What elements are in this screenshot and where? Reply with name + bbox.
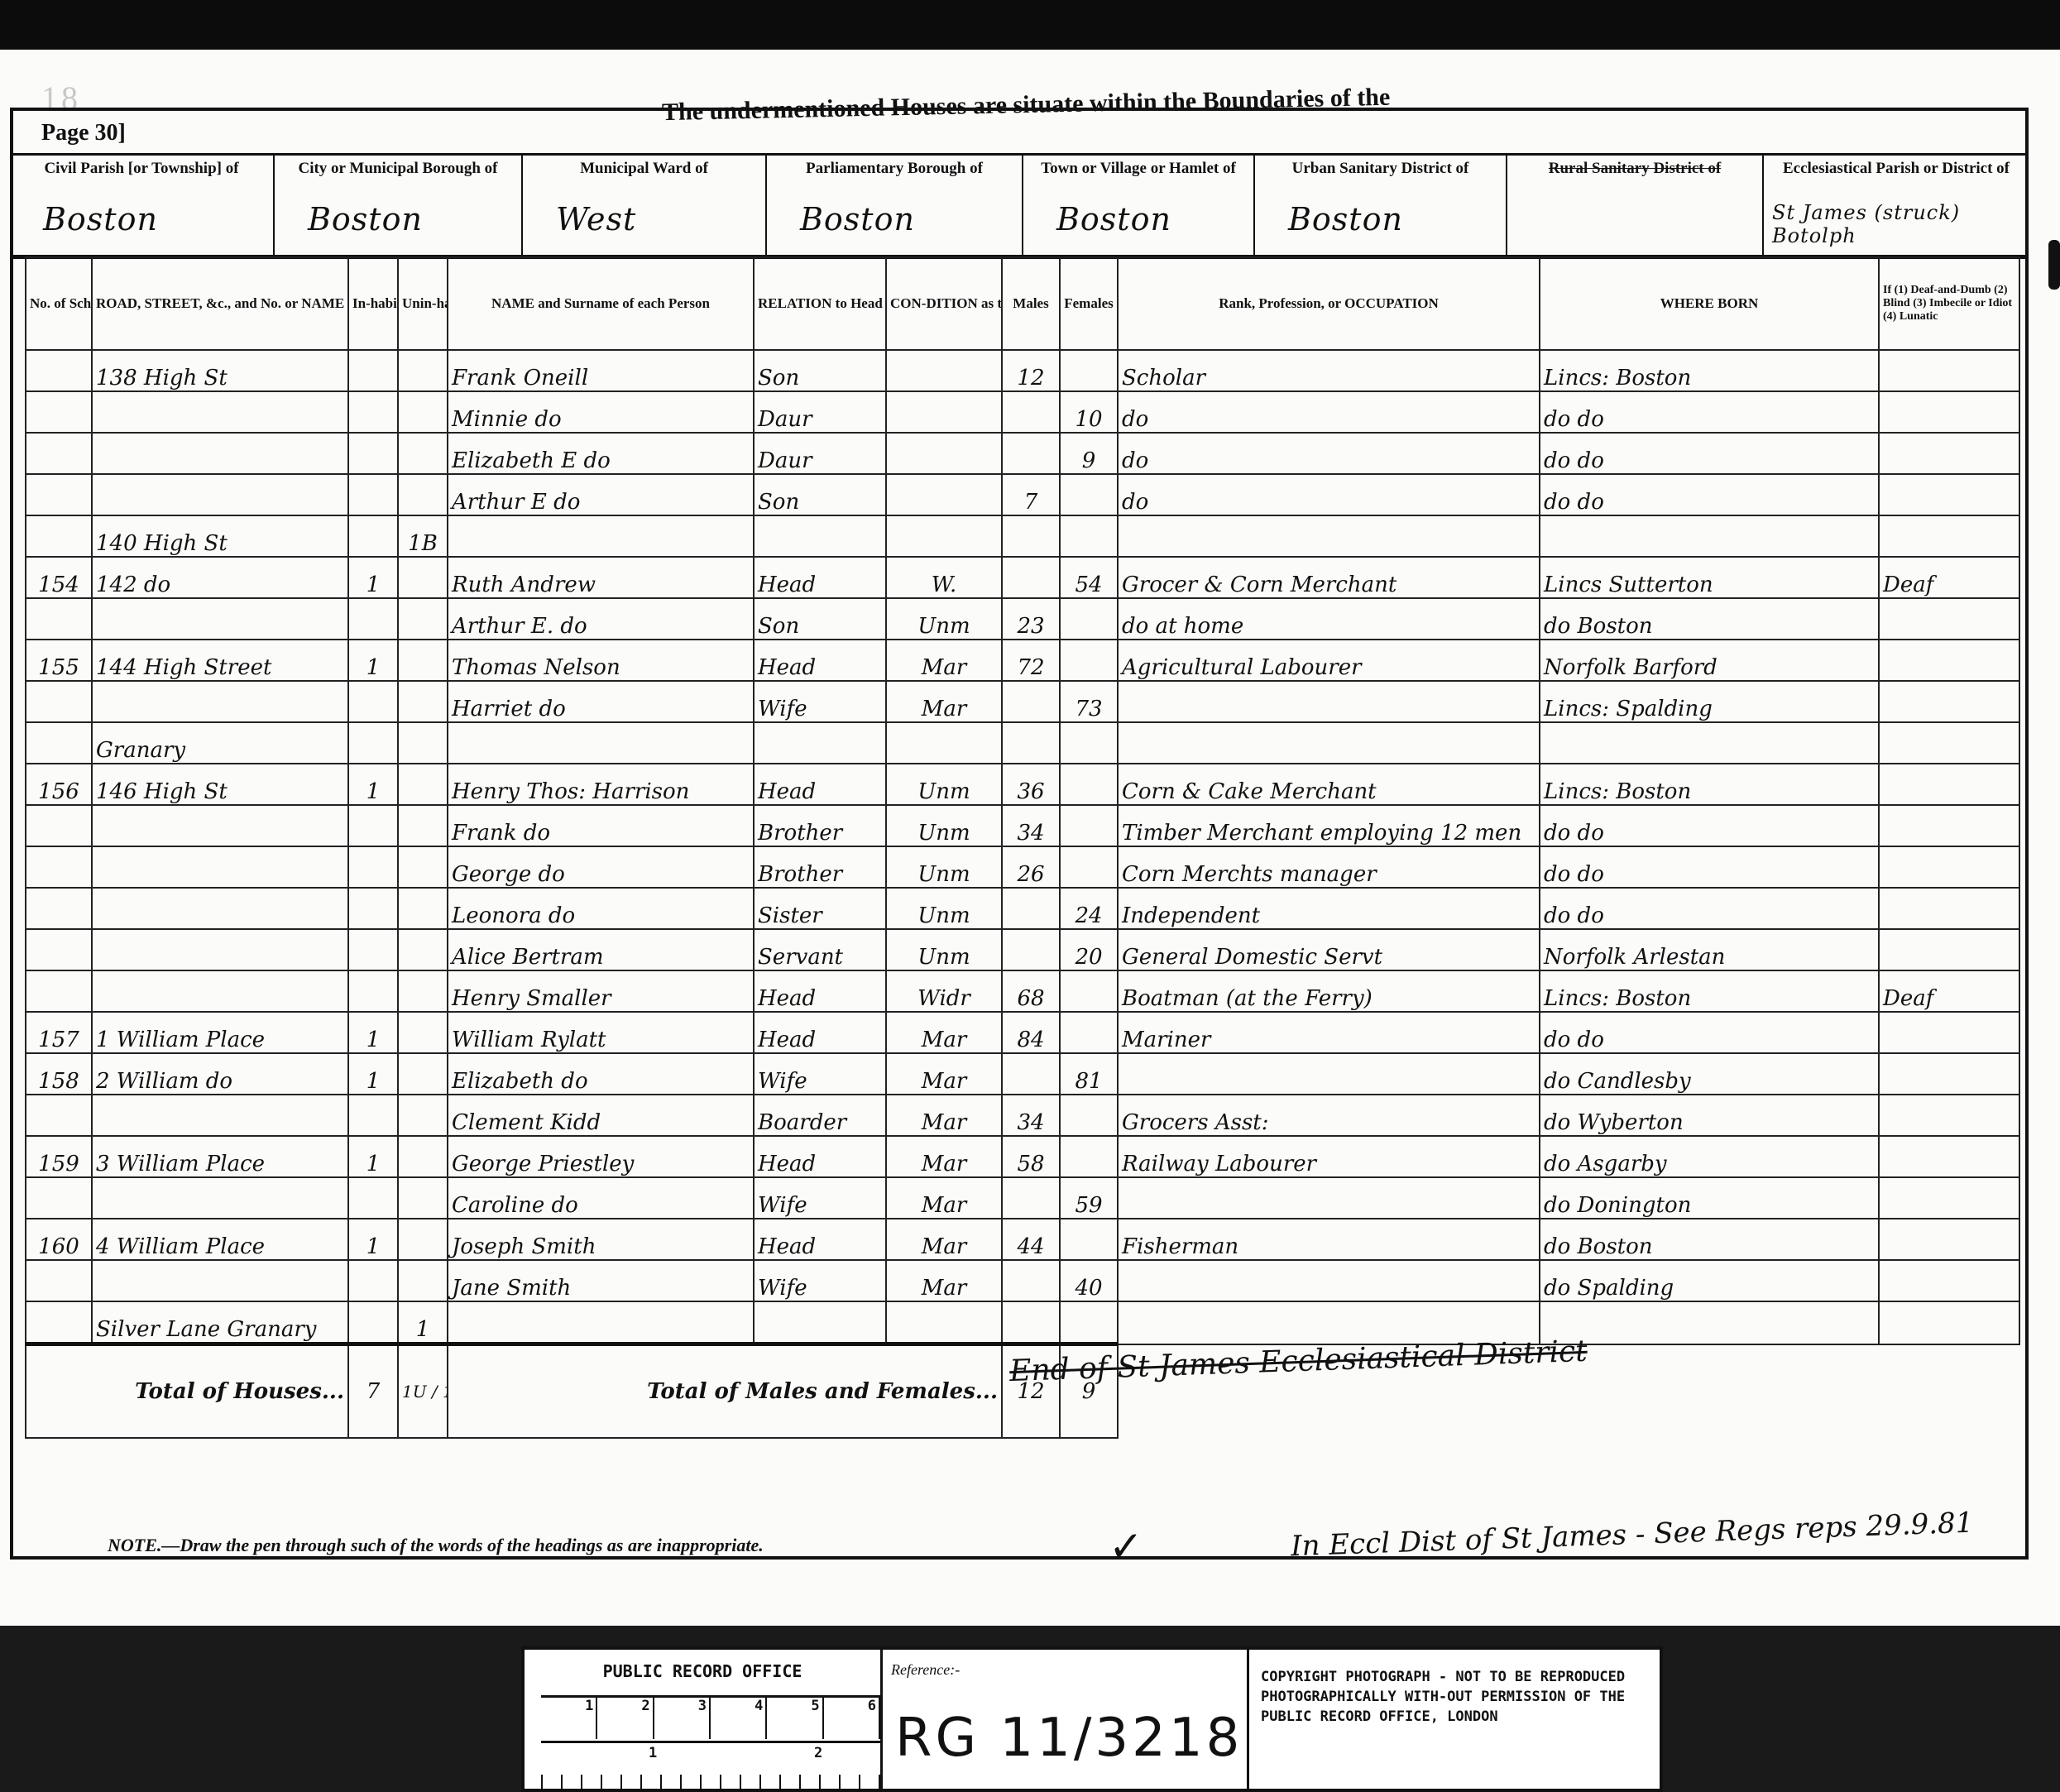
house-address: 1 William Place — [92, 1012, 348, 1053]
occupation: Corn Merchts manager — [1118, 846, 1540, 888]
occupation — [1118, 1177, 1540, 1219]
rural-sanitary-field: Rural Sanitary District of — [1507, 156, 1764, 255]
marital-condition: Widr — [886, 970, 1002, 1012]
houses-inhabited — [348, 433, 398, 474]
age-female: 40 — [1060, 1260, 1118, 1301]
civil-parish-value: Boston — [43, 201, 158, 237]
table-row: Clement KiddBoarderMar34Grocers Asst:do … — [26, 1095, 2019, 1136]
occupation — [1118, 515, 1540, 557]
occupation: General Domestic Servt — [1118, 929, 1540, 970]
age-female — [1060, 1095, 1118, 1136]
occupation: Grocers Asst: — [1118, 1095, 1540, 1136]
occupation: Scholar — [1118, 350, 1540, 391]
ecclesiastical-parish-value: St James (struck) Botolph — [1772, 201, 2029, 247]
house-address: Granary — [92, 722, 348, 764]
parliamentary-borough-field: Parliamentary Borough of Boston — [767, 156, 1023, 255]
age-male — [1002, 929, 1060, 970]
marital-condition: Mar — [886, 1177, 1002, 1219]
birthplace: do Candlesby — [1540, 1053, 1879, 1095]
birthplace: do do — [1540, 846, 1879, 888]
houses-uninhabited — [398, 1095, 448, 1136]
age-male: 72 — [1002, 640, 1060, 681]
census-rows: 138 High StFrank OneillSon12ScholarLincs… — [26, 350, 2019, 1344]
age-female: 9 — [1060, 433, 1118, 474]
occupation: Grocer & Corn Merchant — [1118, 557, 1540, 598]
infirmity: Deaf — [1879, 970, 2019, 1012]
schedule-number — [26, 722, 92, 764]
age-female — [1060, 1301, 1118, 1344]
occupation: Agricultural Labourer — [1118, 640, 1540, 681]
person-name: Harriet do — [448, 681, 754, 722]
marital-condition: Mar — [886, 1219, 1002, 1260]
houses-inhabited — [348, 1095, 398, 1136]
occupation: Fisherman — [1118, 1219, 1540, 1260]
table-row: 1604 William Place1Joseph SmithHeadMar44… — [26, 1219, 2019, 1260]
age-male — [1002, 1301, 1060, 1344]
occupation — [1118, 1053, 1540, 1095]
infirmity — [1879, 1219, 2019, 1260]
age-male — [1002, 888, 1060, 929]
person-name: Henry Smaller — [448, 970, 754, 1012]
occupation: do at home — [1118, 598, 1540, 640]
house-address: 146 High St — [92, 764, 348, 805]
relation-to-head: Head — [754, 1136, 886, 1177]
occupation: Railway Labourer — [1118, 1136, 1540, 1177]
infirmity — [1879, 681, 2019, 722]
table-row: 1582 William do1Elizabeth doWifeMar81do … — [26, 1053, 2019, 1095]
relation-to-head: Brother — [754, 805, 886, 846]
house-address — [92, 805, 348, 846]
marital-condition: Unm — [886, 929, 1002, 970]
age-female — [1060, 764, 1118, 805]
occupation: do — [1118, 391, 1540, 433]
birthplace: Lincs: Boston — [1540, 970, 1879, 1012]
age-female: 10 — [1060, 391, 1118, 433]
relation-to-head: Daur — [754, 433, 886, 474]
infirmity — [1879, 1053, 2019, 1095]
houses-uninhabited — [398, 722, 448, 764]
person-name: Arthur E do — [448, 474, 754, 515]
person-name: William Rylatt — [448, 1012, 754, 1053]
age-male: 36 — [1002, 764, 1060, 805]
age-male: 58 — [1002, 1136, 1060, 1177]
person-name: Arthur E. do — [448, 598, 754, 640]
houses-inhabited — [348, 805, 398, 846]
schedule-number — [26, 888, 92, 929]
relation-to-head: Head — [754, 557, 886, 598]
age-female — [1060, 970, 1118, 1012]
houses-inhabited — [348, 515, 398, 557]
age-male — [1002, 681, 1060, 722]
birthplace: Lincs: Boston — [1540, 764, 1879, 805]
occupation — [1118, 722, 1540, 764]
house-address — [92, 888, 348, 929]
municipal-borough-value: Boston — [308, 201, 423, 237]
houses-uninhabited — [398, 1177, 448, 1219]
schedule-number — [26, 1301, 92, 1344]
house-address — [92, 598, 348, 640]
col-infirmity: If (1) Deaf-and-Dumb (2) Blind (3) Imbec… — [1879, 257, 2019, 350]
age-male: 23 — [1002, 598, 1060, 640]
relation-to-head — [754, 515, 886, 557]
relation-to-head: Head — [754, 1219, 886, 1260]
infirmity — [1879, 1301, 2019, 1344]
person-name: Elizabeth E do — [448, 433, 754, 474]
person-name: Henry Thos: Harrison — [448, 764, 754, 805]
infirmity — [1879, 846, 2019, 888]
schedule-number: 159 — [26, 1136, 92, 1177]
table-row: Arthur E doSon7dodo do — [26, 474, 2019, 515]
house-address — [92, 846, 348, 888]
occupation: Corn & Cake Merchant — [1118, 764, 1540, 805]
infirmity: Deaf — [1879, 557, 2019, 598]
marital-condition: Mar — [886, 640, 1002, 681]
total-houses-label: Total of Houses... — [26, 1344, 348, 1439]
marital-condition: Mar — [886, 1053, 1002, 1095]
table-row: Frank doBrotherUnm34Timber Merchant empl… — [26, 805, 2019, 846]
schedule-number — [26, 350, 92, 391]
houses-inhabited — [348, 681, 398, 722]
marital-condition: Mar — [886, 1095, 1002, 1136]
person-name: George Priestley — [448, 1136, 754, 1177]
administrative-header: Civil Parish [or Township] of Boston Cit… — [10, 153, 2029, 259]
age-male — [1002, 1260, 1060, 1301]
col-age-males: Males — [1002, 257, 1060, 350]
birthplace: do do — [1540, 391, 1879, 433]
age-female — [1060, 722, 1118, 764]
houses-inhabited — [348, 350, 398, 391]
person-name — [448, 515, 754, 557]
houses-uninhabited — [398, 929, 448, 970]
birthplace: do Boston — [1540, 598, 1879, 640]
birthplace: do Boston — [1540, 1219, 1879, 1260]
table-row: 154142 do1Ruth AndrewHeadW.54Grocer & Co… — [26, 557, 2019, 598]
total-houses-inhabited: 7 — [348, 1344, 398, 1439]
marital-condition — [886, 515, 1002, 557]
urban-sanitary-value: Boston — [1288, 201, 1403, 237]
urban-sanitary-field: Urban Sanitary District of Boston — [1255, 156, 1507, 255]
pro-title: PUBLIC RECORD OFFICE — [525, 1650, 880, 1681]
schedule-number: 157 — [26, 1012, 92, 1053]
age-male — [1002, 391, 1060, 433]
table-row: 156146 High St1Henry Thos: HarrisonHeadU… — [26, 764, 2019, 805]
schedule-number: 155 — [26, 640, 92, 681]
houses-inhabited — [348, 970, 398, 1012]
age-female: 81 — [1060, 1053, 1118, 1095]
marital-condition — [886, 474, 1002, 515]
house-address — [92, 433, 348, 474]
age-male — [1002, 1177, 1060, 1219]
infirmity — [1879, 515, 2019, 557]
age-female — [1060, 598, 1118, 640]
marital-condition: Unm — [886, 888, 1002, 929]
houses-inhabited: 1 — [348, 764, 398, 805]
age-male — [1002, 1053, 1060, 1095]
houses-uninhabited — [398, 1219, 448, 1260]
infirmity — [1879, 722, 2019, 764]
marital-condition — [886, 391, 1002, 433]
relation-to-head: Head — [754, 640, 886, 681]
age-female — [1060, 350, 1118, 391]
marital-condition — [886, 722, 1002, 764]
infirmity — [1879, 888, 2019, 929]
age-male — [1002, 515, 1060, 557]
column-header-row: No. of Schedule ROAD, STREET, &c., and N… — [26, 257, 2019, 350]
birthplace: do do — [1540, 888, 1879, 929]
birthplace: do Wyberton — [1540, 1095, 1879, 1136]
houses-uninhabited — [398, 1012, 448, 1053]
houses-inhabited: 1 — [348, 1053, 398, 1095]
marital-condition: Unm — [886, 598, 1002, 640]
infirmity — [1879, 433, 2019, 474]
birthplace: Lincs: Boston — [1540, 350, 1879, 391]
house-address: 2 William do — [92, 1053, 348, 1095]
schedule-number — [26, 515, 92, 557]
relation-to-head: Wife — [754, 1053, 886, 1095]
house-address — [92, 1177, 348, 1219]
person-name: Clement Kidd — [448, 1095, 754, 1136]
houses-uninhabited — [398, 1136, 448, 1177]
copyright-notice: COPYRIGHT PHOTOGRAPH - NOT TO BE REPRODU… — [1249, 1650, 1660, 1789]
house-address — [92, 1260, 348, 1301]
house-address — [92, 1095, 348, 1136]
houses-inhabited — [348, 1177, 398, 1219]
table-row: 138 High StFrank OneillSon12ScholarLincs… — [26, 350, 2019, 391]
schedule-number: 156 — [26, 764, 92, 805]
table-row: Silver Lane Granary1 — [26, 1301, 2019, 1344]
schedule-number — [26, 1095, 92, 1136]
municipal-ward-value: West — [556, 201, 636, 237]
age-female — [1060, 1012, 1118, 1053]
table-row: Caroline doWifeMar59do Donington — [26, 1177, 2019, 1219]
birthplace: Lincs Sutterton — [1540, 557, 1879, 598]
infirmity — [1879, 1260, 2019, 1301]
birthplace: Norfolk Arlestan — [1540, 929, 1879, 970]
marital-condition: Unm — [886, 805, 1002, 846]
col-age-females: Females — [1060, 257, 1118, 350]
schedule-number — [26, 970, 92, 1012]
relation-to-head: Boarder — [754, 1095, 886, 1136]
houses-inhabited — [348, 391, 398, 433]
houses-uninhabited — [398, 888, 448, 929]
infirmity — [1879, 474, 2019, 515]
infirmity — [1879, 1095, 2019, 1136]
house-address: Silver Lane Granary — [92, 1301, 348, 1344]
scale-ruler-bottom: 1 2 — [541, 1741, 880, 1792]
marital-condition: Unm — [886, 846, 1002, 888]
house-address — [92, 391, 348, 433]
houses-inhabited: 1 — [348, 557, 398, 598]
birthplace: do Spalding — [1540, 1260, 1879, 1301]
schedule-number — [26, 681, 92, 722]
person-name: Thomas Nelson — [448, 640, 754, 681]
scan-edge-mark — [2048, 240, 2060, 290]
age-male: 68 — [1002, 970, 1060, 1012]
col-where-born: WHERE BORN — [1540, 257, 1879, 350]
houses-uninhabited: 1 — [398, 1301, 448, 1344]
infirmity — [1879, 1136, 2019, 1177]
houses-uninhabited — [398, 1053, 448, 1095]
table-row: Alice BertramServantUnm20General Domesti… — [26, 929, 2019, 970]
person-name: Caroline do — [448, 1177, 754, 1219]
age-female: 73 — [1060, 681, 1118, 722]
occupation: Boatman (at the Ferry) — [1118, 970, 1540, 1012]
occupation: do — [1118, 474, 1540, 515]
age-female: 59 — [1060, 1177, 1118, 1219]
relation-to-head: Son — [754, 350, 886, 391]
birthplace — [1540, 722, 1879, 764]
birthplace: do do — [1540, 1012, 1879, 1053]
col-relation: RELATION to Head of Family — [754, 257, 886, 350]
houses-inhabited: 1 — [348, 640, 398, 681]
house-address: 138 High St — [92, 350, 348, 391]
houses-inhabited: 1 — [348, 1012, 398, 1053]
parliamentary-borough-value: Boston — [800, 201, 915, 237]
houses-inhabited — [348, 598, 398, 640]
infirmity — [1879, 1012, 2019, 1053]
age-female — [1060, 805, 1118, 846]
municipal-ward-field: Municipal Ward of West — [523, 156, 767, 255]
total-persons-label: Total of Males and Females... — [448, 1344, 1002, 1439]
birthplace — [1540, 1301, 1879, 1344]
age-male: 26 — [1002, 846, 1060, 888]
table-row: 1571 William Place1William RylattHeadMar… — [26, 1012, 2019, 1053]
person-name: Joseph Smith — [448, 1219, 754, 1260]
person-name: Leonora do — [448, 888, 754, 929]
person-name — [448, 1301, 754, 1344]
age-male: 84 — [1002, 1012, 1060, 1053]
scale-ruler-top: 1 2 3 4 5 6 — [541, 1695, 880, 1739]
reference-value: RG 11/3218 — [895, 1708, 1243, 1769]
age-female: 54 — [1060, 557, 1118, 598]
census-table: No. of Schedule ROAD, STREET, &c., and N… — [25, 256, 2020, 1439]
age-male: 34 — [1002, 805, 1060, 846]
person-name: Frank do — [448, 805, 754, 846]
house-address: 140 High St — [92, 515, 348, 557]
birthplace: do do — [1540, 805, 1879, 846]
house-address — [92, 474, 348, 515]
relation-to-head: Brother — [754, 846, 886, 888]
houses-uninhabited — [398, 391, 448, 433]
relation-to-head: Daur — [754, 391, 886, 433]
age-female: 20 — [1060, 929, 1118, 970]
houses-inhabited: 1 — [348, 1219, 398, 1260]
birthplace: Norfolk Barford — [1540, 640, 1879, 681]
person-name: Alice Bertram — [448, 929, 754, 970]
infirmity — [1879, 929, 2019, 970]
house-address: 4 William Place — [92, 1219, 348, 1260]
houses-inhabited — [348, 888, 398, 929]
table-row: Minnie doDaur10dodo do — [26, 391, 2019, 433]
occupation: Independent — [1118, 888, 1540, 929]
birthplace: do do — [1540, 474, 1879, 515]
houses-inhabited — [348, 1260, 398, 1301]
town-value: Boston — [1056, 201, 1171, 237]
page-number: Page 30] — [41, 120, 126, 146]
houses-inhabited: 1 — [348, 1136, 398, 1177]
relation-to-head: Head — [754, 970, 886, 1012]
marital-condition: Mar — [886, 1136, 1002, 1177]
marital-condition — [886, 1301, 1002, 1344]
houses-inhabited — [348, 929, 398, 970]
occupation — [1118, 681, 1540, 722]
marital-condition — [886, 433, 1002, 474]
table-row: Arthur E. doSonUnm23do at homedo Boston — [26, 598, 2019, 640]
person-name — [448, 722, 754, 764]
infirmity — [1879, 764, 2019, 805]
houses-uninhabited — [398, 557, 448, 598]
person-name: Minnie do — [448, 391, 754, 433]
houses-inhabited — [348, 846, 398, 888]
age-male: 34 — [1002, 1095, 1060, 1136]
occupation: do — [1118, 433, 1540, 474]
age-female — [1060, 1219, 1118, 1260]
pro-reference-block: Reference:- RG 11/3218 — [883, 1650, 1249, 1789]
schedule-number — [26, 929, 92, 970]
age-female — [1060, 474, 1118, 515]
occupation: Timber Merchant employing 12 men — [1118, 805, 1540, 846]
col-schedule: No. of Schedule — [26, 257, 92, 350]
age-male: 12 — [1002, 350, 1060, 391]
relation-to-head: Son — [754, 474, 886, 515]
heading-note: NOTE.—Draw the pen through such of the w… — [108, 1535, 764, 1556]
houses-uninhabited — [398, 681, 448, 722]
house-address: 3 William Place — [92, 1136, 348, 1177]
schedule-number — [26, 805, 92, 846]
houses-uninhabited — [398, 764, 448, 805]
relation-to-head: Head — [754, 1012, 886, 1053]
person-name: Ruth Andrew — [448, 557, 754, 598]
marital-condition: Unm — [886, 764, 1002, 805]
schedule-number — [26, 1177, 92, 1219]
person-name: Elizabeth do — [448, 1053, 754, 1095]
birthplace: do Donington — [1540, 1177, 1879, 1219]
ecclesiastical-parish-field: Ecclesiastical Parish or District of St … — [1764, 156, 2029, 255]
public-record-office-label: PUBLIC RECORD OFFICE 1 2 3 4 5 6 1 2 Ref… — [521, 1646, 1663, 1792]
age-female: 24 — [1060, 888, 1118, 929]
town-field: Town or Village or Hamlet of Boston — [1023, 156, 1255, 255]
houses-uninhabited — [398, 474, 448, 515]
occupation: Mariner — [1118, 1012, 1540, 1053]
marital-condition: Mar — [886, 681, 1002, 722]
relation-to-head — [754, 1301, 886, 1344]
age-female — [1060, 846, 1118, 888]
col-name: NAME and Surname of each Person — [448, 257, 754, 350]
infirmity — [1879, 1177, 2019, 1219]
relation-to-head: Wife — [754, 1260, 886, 1301]
houses-inhabited — [348, 722, 398, 764]
houses-uninhabited — [398, 433, 448, 474]
total-houses-uninhabited: 1U / 1B — [398, 1344, 448, 1439]
birthplace: Lincs: Spalding — [1540, 681, 1879, 722]
col-inhabited: In-habit-ed — [348, 257, 398, 350]
age-female — [1060, 640, 1118, 681]
table-row: Leonora doSisterUnm24Independentdo do — [26, 888, 2019, 929]
table-row: Henry SmallerHeadWidr68Boatman (at the F… — [26, 970, 2019, 1012]
houses-uninhabited — [398, 805, 448, 846]
relation-to-head: Wife — [754, 681, 886, 722]
schedule-number — [26, 598, 92, 640]
person-name: Frank Oneill — [448, 350, 754, 391]
house-address — [92, 681, 348, 722]
age-female — [1060, 515, 1118, 557]
infirmity — [1879, 391, 2019, 433]
infirmity — [1879, 640, 2019, 681]
age-female — [1060, 1136, 1118, 1177]
houses-inhabited — [348, 1301, 398, 1344]
occupation — [1118, 1260, 1540, 1301]
house-address: 144 High Street — [92, 640, 348, 681]
